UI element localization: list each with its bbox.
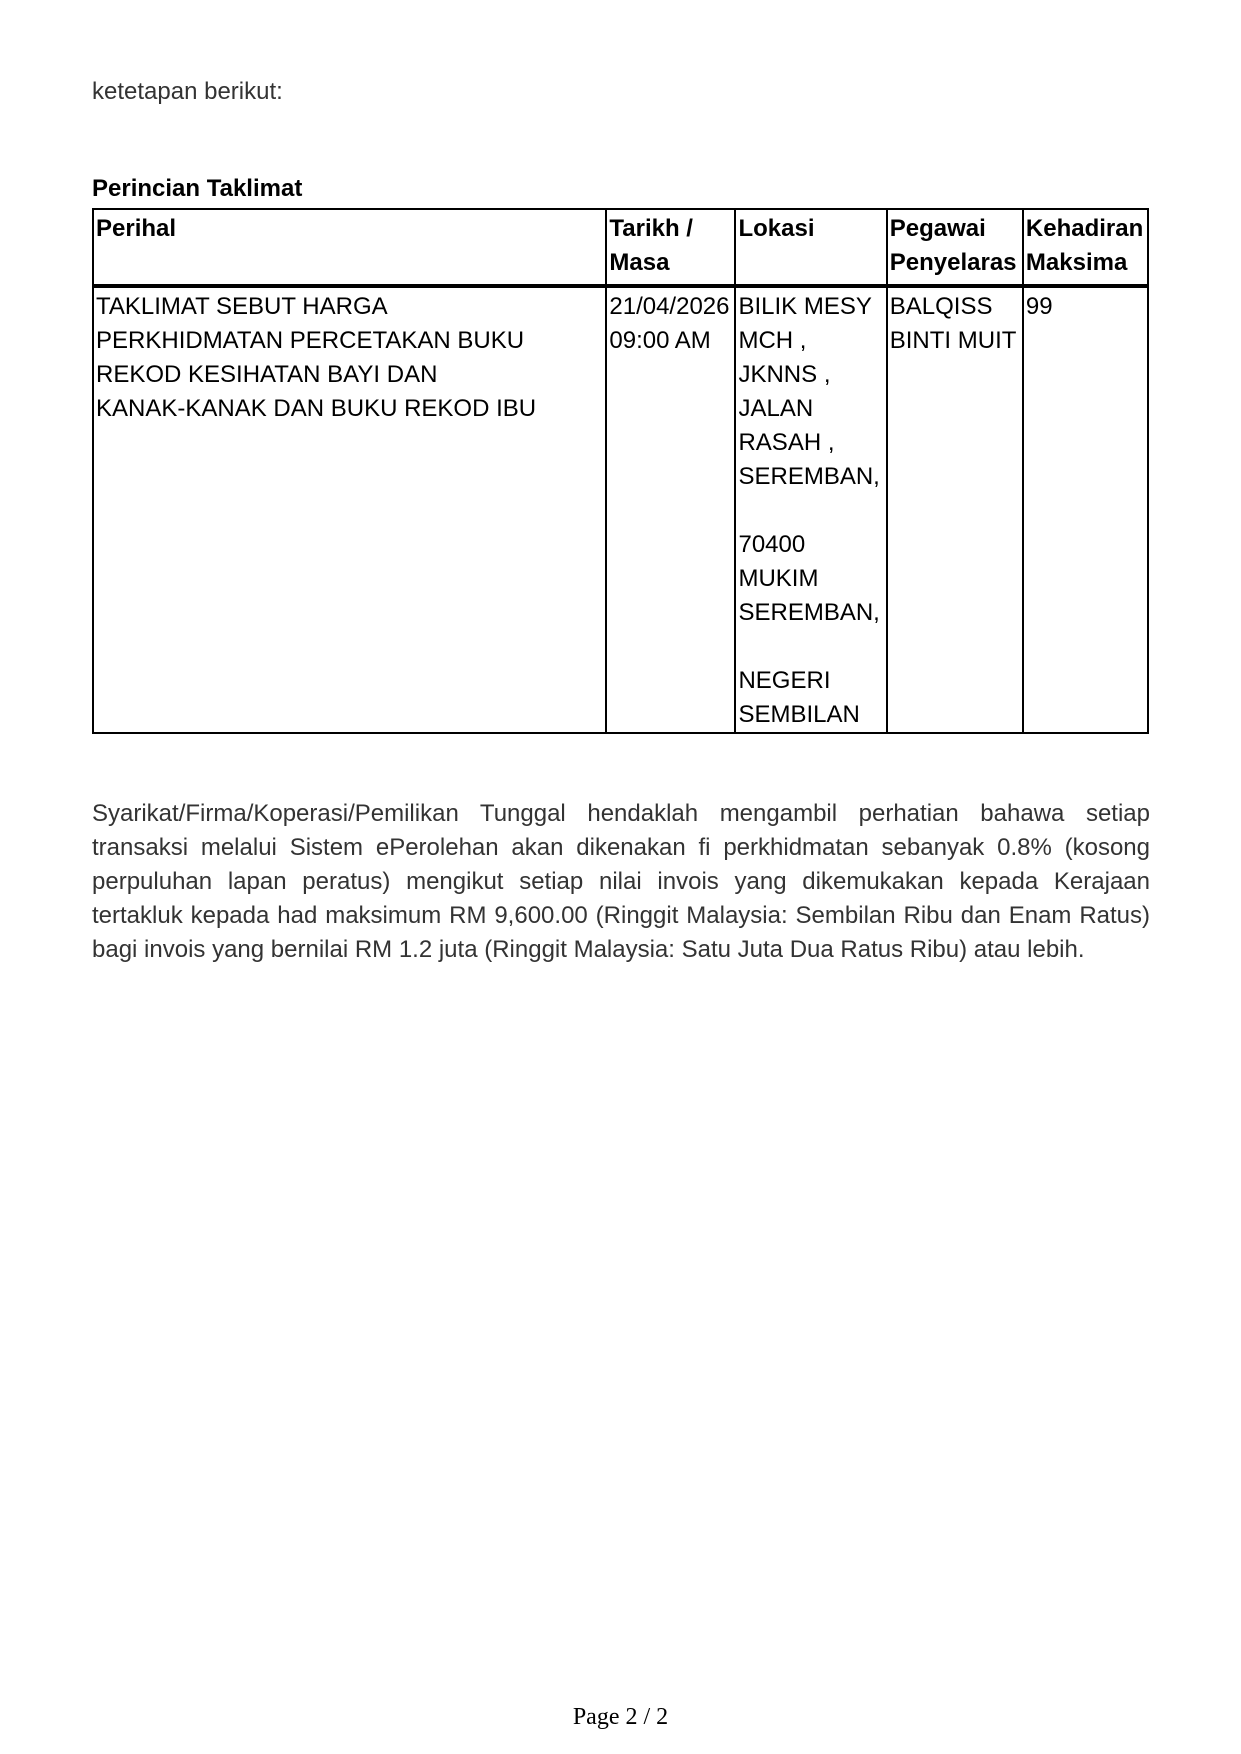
header-lokasi: Lokasi (735, 209, 886, 286)
cell-text-line: BILIK MESY (738, 290, 885, 324)
cell-text-line: JALAN (738, 392, 885, 426)
cell-text-line: MCH , (738, 324, 885, 358)
cell-text-line: Lokasi (738, 212, 885, 246)
cell-text-line: SEREMBAN, (738, 596, 885, 630)
cell-text-line: NEGERI (738, 664, 885, 698)
cell-text-line (738, 630, 885, 664)
cell-perihal: TAKLIMAT SEBUT HARGAPERKHIDMATAN PERCETA… (93, 286, 606, 733)
cell-lokasi: BILIK MESYMCH ,JKNNS ,JALANRASAH ,SEREMB… (735, 286, 886, 733)
cell-text-line: Penyelaras (890, 246, 1022, 280)
cell-text-line: SEMBILAN (738, 698, 885, 732)
cell-text-line: Kehadiran (1026, 212, 1147, 246)
cell-text-line: Masa (609, 246, 734, 280)
cell-text-line: KANAK-KANAK DAN BUKU REKOD IBU (96, 392, 605, 426)
cell-kehadiran-maksima: 99 (1023, 286, 1148, 733)
page-number: Page 2 / 2 (0, 1702, 1241, 1732)
cell-text-line: 21/04/2026 (609, 290, 734, 324)
header-perihal: Perihal (93, 209, 606, 286)
header-pegawai-penyelaras: PegawaiPenyelaras (887, 209, 1023, 286)
cell-text-line: Tarikh / (609, 212, 734, 246)
table-row: TAKLIMAT SEBUT HARGAPERKHIDMATAN PERCETA… (93, 286, 1148, 733)
cell-text-line: REKOD KESIHATAN BAYI DAN (96, 358, 605, 392)
cell-text-line: MUKIM (738, 562, 885, 596)
intro-text: ketetapan berikut: (92, 76, 283, 108)
cell-text-line: Perihal (96, 212, 605, 246)
cell-text-line: 09:00 AM (609, 324, 734, 358)
cell-text-line: SEREMBAN, (738, 460, 885, 494)
cell-text-line: JKNNS , (738, 358, 885, 392)
service-fee-notice: Syarikat/Firma/Koperasi/Pemilikan Tungga… (92, 797, 1150, 967)
header-kehadiran-maksima: KehadiranMaksima (1023, 209, 1148, 286)
cell-pegawai-penyelaras: BALQISSBINTI MUIT (887, 286, 1023, 733)
section-title: Perincian Taklimat (92, 174, 302, 204)
cell-text-line: BALQISS (890, 290, 1022, 324)
cell-text-line: 70400 (738, 528, 885, 562)
cell-text-line: Pegawai (890, 212, 1022, 246)
cell-text-line (738, 494, 885, 528)
briefing-details-table: Perihal Tarikh /Masa Lokasi PegawaiPenye… (92, 208, 1149, 734)
cell-tarikh-masa: 21/04/202609:00 AM (606, 286, 735, 733)
header-tarikh-masa: Tarikh /Masa (606, 209, 735, 286)
cell-text-line: BINTI MUIT (890, 324, 1022, 358)
cell-text-line: PERKHIDMATAN PERCETAKAN BUKU (96, 324, 605, 358)
cell-text-line: Maksima (1026, 246, 1147, 280)
table-header-row: Perihal Tarikh /Masa Lokasi PegawaiPenye… (93, 209, 1148, 286)
cell-text-line: TAKLIMAT SEBUT HARGA (96, 290, 605, 324)
cell-text-line: 99 (1026, 290, 1147, 324)
cell-text-line: RASAH , (738, 426, 885, 460)
